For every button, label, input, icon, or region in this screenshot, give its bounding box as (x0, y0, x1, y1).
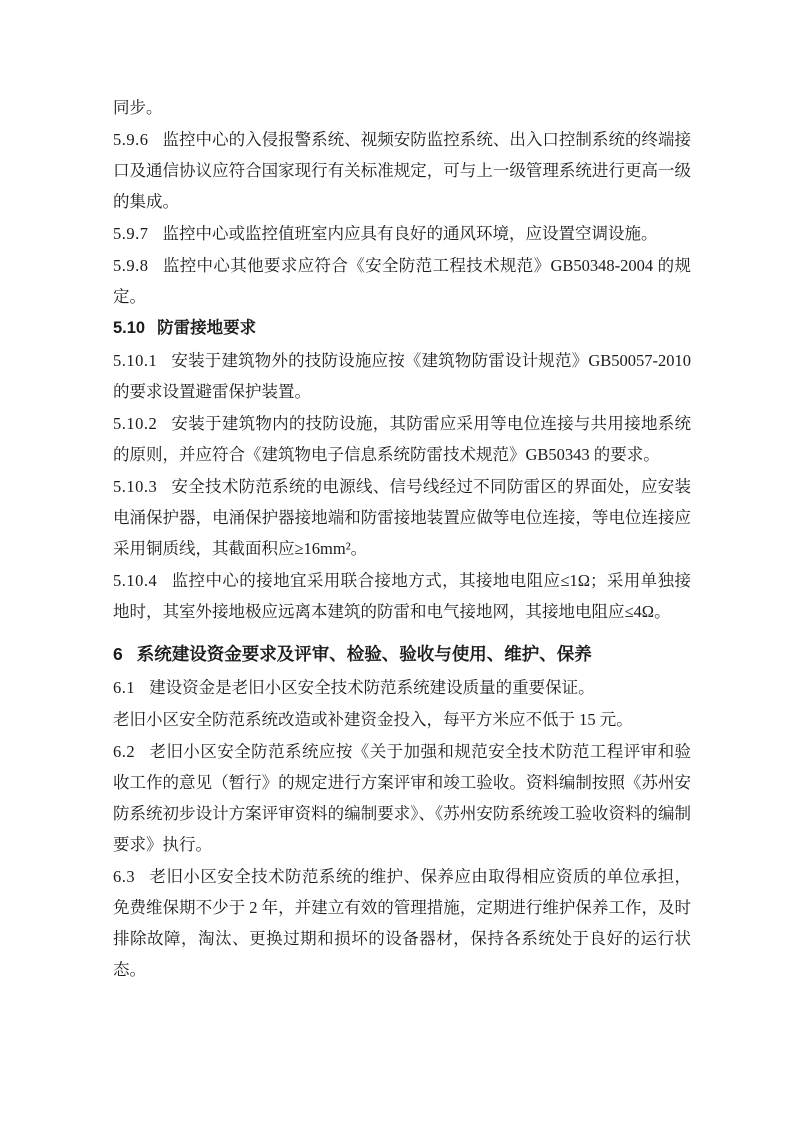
clause-number: 5.10.2 (113, 414, 157, 433)
paragraph: 6.3老旧小区安全技术防范系统的维护、保养应由取得相应资质的单位承担，免费维保期… (113, 861, 691, 985)
paragraph: 同步。 (113, 92, 691, 123)
clause-number: 5.9.7 (113, 224, 149, 243)
paragraph: 5.10.1安装于建筑物外的技防设施应按《建筑物防雷设计规范》GB50057-2… (113, 345, 691, 407)
paragraph-text: 监控中心其他要求应符合《安全防范工程技术规范》GB50348-2004 的规定。 (113, 256, 691, 306)
paragraph-text: 同步。 (113, 98, 163, 117)
paragraph: 5.9.8监控中心其他要求应符合《安全防范工程技术规范》GB50348-2004… (113, 250, 691, 312)
paragraph-text: 老旧小区安全防范系统应按《关于加强和规范安全技术防范工程评审和验收工作的意见（暂… (113, 742, 691, 854)
paragraph: 5.10.4监控中心的接地宜采用联合接地方式，其接地电阻应≤1Ω；采用单独接地时… (113, 565, 691, 627)
clause-number: 5.9.6 (113, 130, 149, 149)
paragraph-text: 老旧小区安全防范系统改造或补建资金投入，每平方米应不低于 15 元。 (113, 710, 633, 729)
clause-number: 6.3 (113, 867, 135, 886)
paragraph: 6.2老旧小区安全防范系统应按《关于加强和规范安全技术防范工程评审和验收工作的意… (113, 736, 691, 860)
clause-number: 6.2 (113, 742, 135, 761)
paragraph: 5.9.6监控中心的入侵报警系统、视频安防监控系统、出入口控制系统的终端接口及通… (113, 124, 691, 217)
clause-number: 5.9.8 (113, 256, 149, 275)
clause-number: 5.10.1 (113, 351, 157, 370)
clause-number: 5.10 (113, 319, 145, 337)
paragraph: 5.10.2安装于建筑物内的技防设施，其防雷应采用等电位连接与共用接地系统的原则… (113, 408, 691, 470)
paragraph: 5.9.7监控中心或监控值班室内应具有良好的通风环境，应设置空调设施。 (113, 218, 691, 249)
clause-number: 6 (113, 644, 123, 664)
paragraph-text: 监控中心的接地宜采用联合接地方式，其接地电阻应≤1Ω；采用单独接地时，其室外接地… (113, 571, 691, 621)
paragraph-text: 安装于建筑物外的技防设施应按《建筑物防雷设计规范》GB50057-2010 的要… (113, 351, 691, 401)
document-body: 同步。5.9.6监控中心的入侵报警系统、视频安防监控系统、出入口控制系统的终端接… (113, 92, 691, 986)
subsection-heading: 5.10防雷接地要求 (113, 313, 691, 344)
paragraph-text: 老旧小区安全技术防范系统的维护、保养应由取得相应资质的单位承担，免费维保期不少于… (113, 867, 691, 979)
paragraph-text: 建设资金是老旧小区安全技术防范系统建设质量的重要保证。 (149, 678, 595, 697)
section-heading: 6系统建设资金要求及评审、检验、验收与使用、维护、保养 (113, 639, 691, 670)
paragraph: 6.1建设资金是老旧小区安全技术防范系统建设质量的重要保证。 (113, 672, 691, 703)
clause-number: 5.10.4 (113, 571, 157, 590)
paragraph-text: 监控中心或监控值班室内应具有良好的通风环境，应设置空调设施。 (163, 224, 658, 243)
document-page: 同步。5.9.6监控中心的入侵报警系统、视频安防监控系统、出入口控制系统的终端接… (0, 0, 800, 1131)
paragraph-text: 系统建设资金要求及评审、检验、验收与使用、维护、保养 (137, 644, 592, 664)
paragraph-text: 安装于建筑物内的技防设施，其防雷应采用等电位连接与共用接地系统的原则，并应符合《… (113, 414, 691, 464)
paragraph-text: 防雷接地要求 (157, 319, 256, 337)
paragraph: 5.10.3安全技术防范系统的电源线、信号线经过不同防雷区的界面处，应安装电涌保… (113, 471, 691, 564)
paragraph-text: 监控中心的入侵报警系统、视频安防监控系统、出入口控制系统的终端接口及通信协议应符… (113, 130, 691, 211)
paragraph-text: 安全技术防范系统的电源线、信号线经过不同防雷区的界面处，应安装电涌保护器，电涌保… (113, 477, 691, 558)
clause-number: 5.10.3 (113, 477, 157, 496)
clause-number: 6.1 (113, 678, 135, 697)
paragraph: 老旧小区安全防范系统改造或补建资金投入，每平方米应不低于 15 元。 (113, 704, 691, 735)
